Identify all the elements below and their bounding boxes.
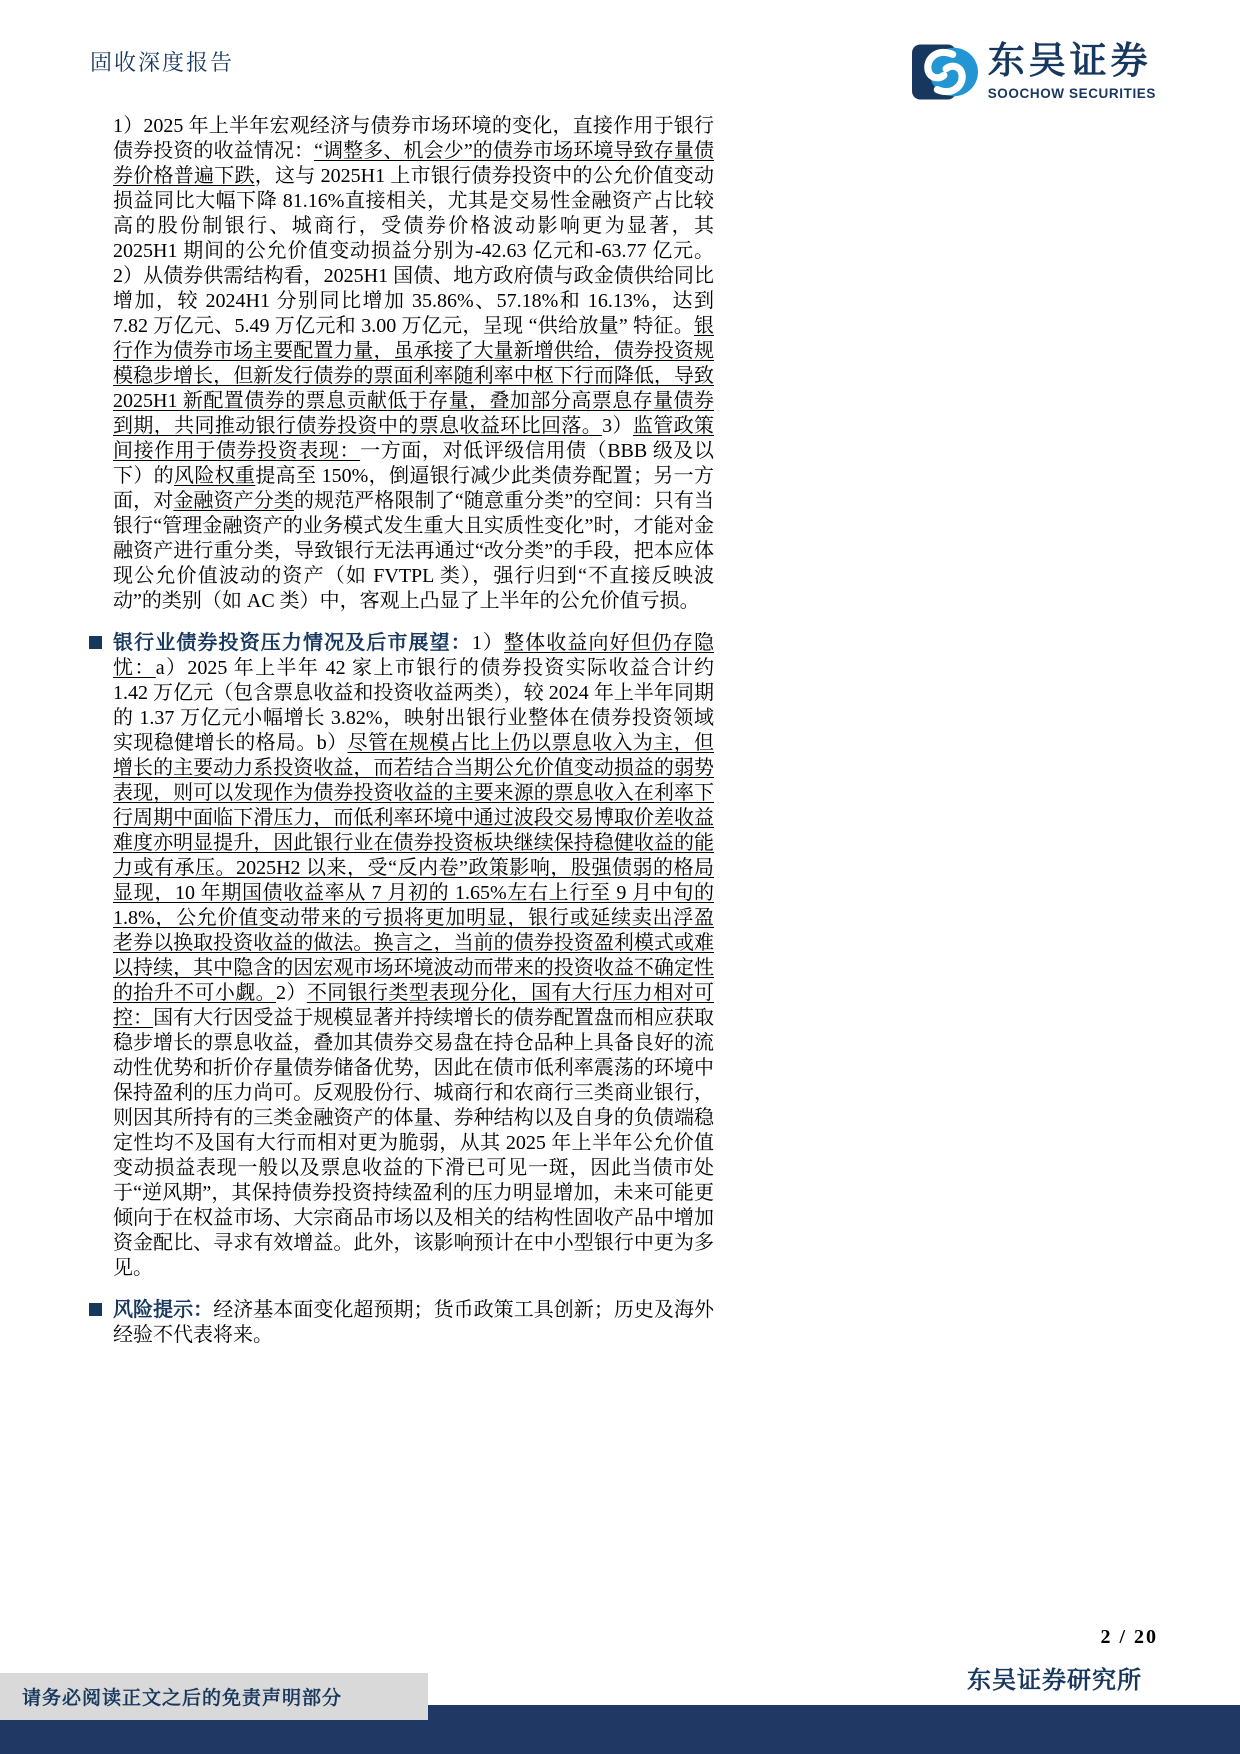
text-segment: ，这与 2025H1 上市银行债券投资中的公允价值变动损益同比大幅下降 81.1… (113, 165, 714, 337)
paragraph-list: 1）2025 年上半年宏观经济与债券市场环境的变化，直接作用于银行债券投资的收益… (113, 114, 714, 1365)
text-segment: 国有大行因受益于规模显著并持续增长的债券配置盘而相应获取稳步增长的票息收益，叠加… (113, 1007, 714, 1279)
text-segment: 尽管在规模占比上仍以票息收入为主，但增长的主要动力系投资收益，而若结合当期公允价… (113, 732, 714, 1004)
text-segment: 2） (276, 982, 307, 1004)
text-segment: 3） (602, 415, 633, 437)
bullet-square-icon (89, 636, 102, 649)
page-number: 2 / 20 (1100, 1626, 1158, 1649)
paragraph-heading: 风险提示： (113, 1299, 213, 1321)
paragraph-heading: 银行业债券投资压力情况及后市展望： (113, 632, 472, 654)
text-segment: 1） (472, 632, 504, 654)
brand-name-cn: 东吴证券 (988, 42, 1152, 83)
text-segment: 风险权重 (174, 465, 255, 487)
brand-text: 东吴证券 SOOCHOW SECURITIES (988, 42, 1156, 101)
report-type-label: 固收深度报告 (90, 46, 234, 77)
research-institute-label: 东吴证券研究所 (967, 1660, 1142, 1695)
paragraph: 风险提示：经济基本面变化超预期；货币政策工具创新；历史及海外经验不代表将来。 (113, 1298, 714, 1348)
bullet-square-icon (89, 1303, 102, 1316)
disclaimer-text: 请务必阅读正文之后的免责声明部分 (22, 1683, 342, 1710)
brand-name-en: SOOCHOW SECURITIES (988, 86, 1156, 101)
soochow-logo-icon (912, 42, 978, 102)
paragraph: 银行业债券投资压力情况及后市展望：1）整体收益向好但仍存隐忧：a）2025 年上… (113, 631, 714, 1281)
paragraph: 1）2025 年上半年宏观经济与债券市场环境的变化，直接作用于银行债券投资的收益… (113, 114, 714, 614)
brand-logo: 东吴证券 SOOCHOW SECURITIES (912, 42, 1156, 102)
disclaimer-box: 请务必阅读正文之后的免责声明部分 (0, 1673, 428, 1720)
text-segment: 金融资产分类 (173, 490, 294, 512)
